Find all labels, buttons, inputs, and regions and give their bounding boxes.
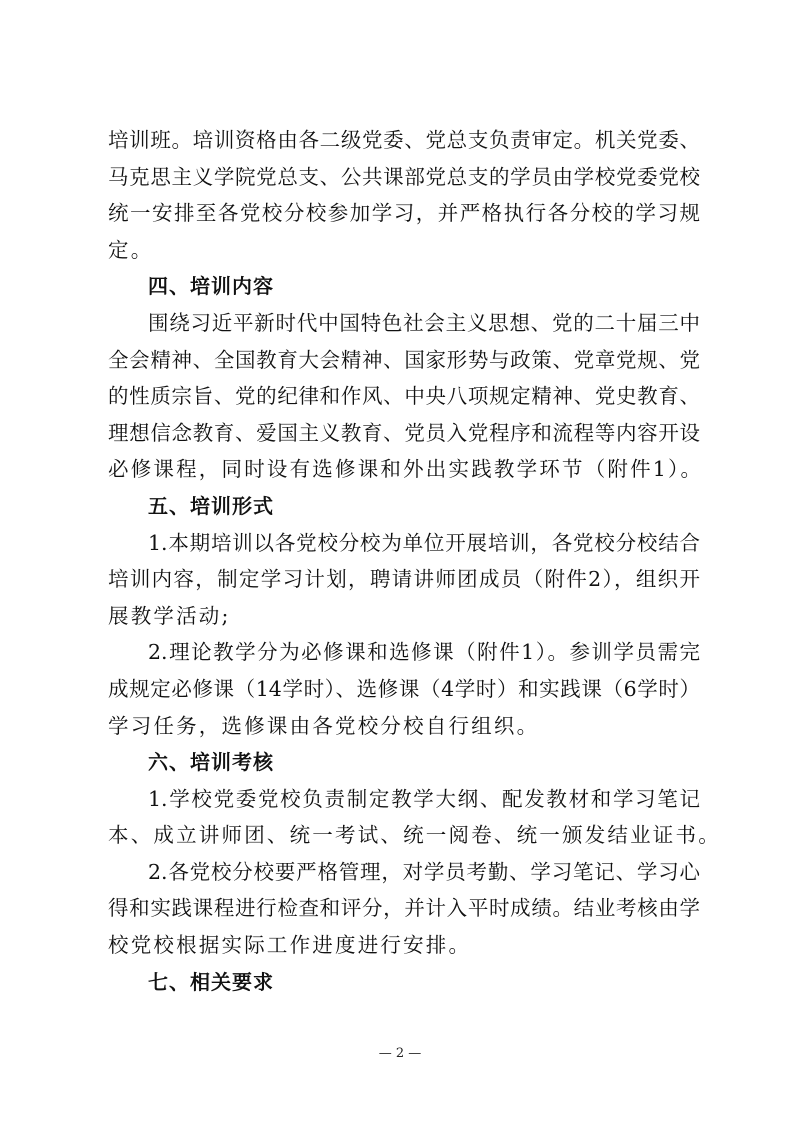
paragraph-line: 围绕习近平新时代中国特色社会主义思想、党的二十届三中 — [108, 305, 700, 342]
paragraph-line: 2.各党校分校要严格管理，对学员考勤、学习笔记、学习心 — [108, 854, 700, 891]
paragraph-line: 本、成立讲师团、统一考试、统一阅卷、统一颁发结业证书。 — [108, 817, 700, 854]
paragraph-line: 1.本期培训以各党校分校为单位开展培训，各党校分校结合 — [108, 525, 700, 562]
paragraph-line: 校党校根据实际工作进度进行安排。 — [108, 927, 700, 964]
paragraph-line: 1.学校党委党校负责制定教学大纲、配发教材和学习笔记 — [108, 781, 700, 818]
paragraph-line: 全会精神、全国教育大会精神、国家形势与政策、党章党规、党 — [108, 342, 700, 379]
paragraph-line: 2.理论教学分为必修课和选修课（附件1）。参训学员需完 — [108, 634, 700, 671]
paragraph-line: 得和实践课程进行检查和评分，并计入平时成绩。结业考核由学 — [108, 890, 700, 927]
section-heading: 六、培训考核 — [108, 744, 700, 781]
section-heading: 七、相关要求 — [108, 964, 700, 1001]
paragraph-line: 的性质宗旨、党的纪律和作风、中央八项规定精神、党史教育、 — [108, 378, 700, 415]
paragraph-line: 定。 — [108, 232, 700, 269]
paragraph-line: 理想信念教育、爱国主义教育、党员入党程序和流程等内容开设 — [108, 415, 700, 452]
paragraph-line: 必修课程，同时设有选修课和外出实践教学环节（附件1）。 — [108, 451, 700, 488]
paragraph-line: 成规定必修课（14学时）、选修课（4学时）和实践课（6学时） — [108, 671, 700, 708]
section-heading: 四、培训内容 — [108, 268, 700, 305]
page-number: — 2 — — [0, 1046, 800, 1061]
section-heading: 五、培训形式 — [108, 488, 700, 525]
paragraph-line: 学习任务，选修课由各党校分校自行组织。 — [108, 708, 700, 745]
paragraph-line: 统一安排至各党校分校参加学习，并严格执行各分校的学习规 — [108, 195, 700, 232]
paragraph-line: 培训班。培训资格由各二级党委、党总支负责审定。机关党委、 — [108, 122, 700, 159]
paragraph-line: 马克思主义学院党总支、公共课部党总支的学员由学校党委党校 — [108, 159, 700, 196]
document-page: 培训班。培训资格由各二级党委、党总支负责审定。机关党委、马克思主义学院党总支、公… — [108, 122, 700, 1000]
paragraph-line: 展教学活动; — [108, 598, 700, 635]
paragraph-line: 培训内容，制定学习计划，聘请讲师团成员（附件2），组织开 — [108, 561, 700, 598]
